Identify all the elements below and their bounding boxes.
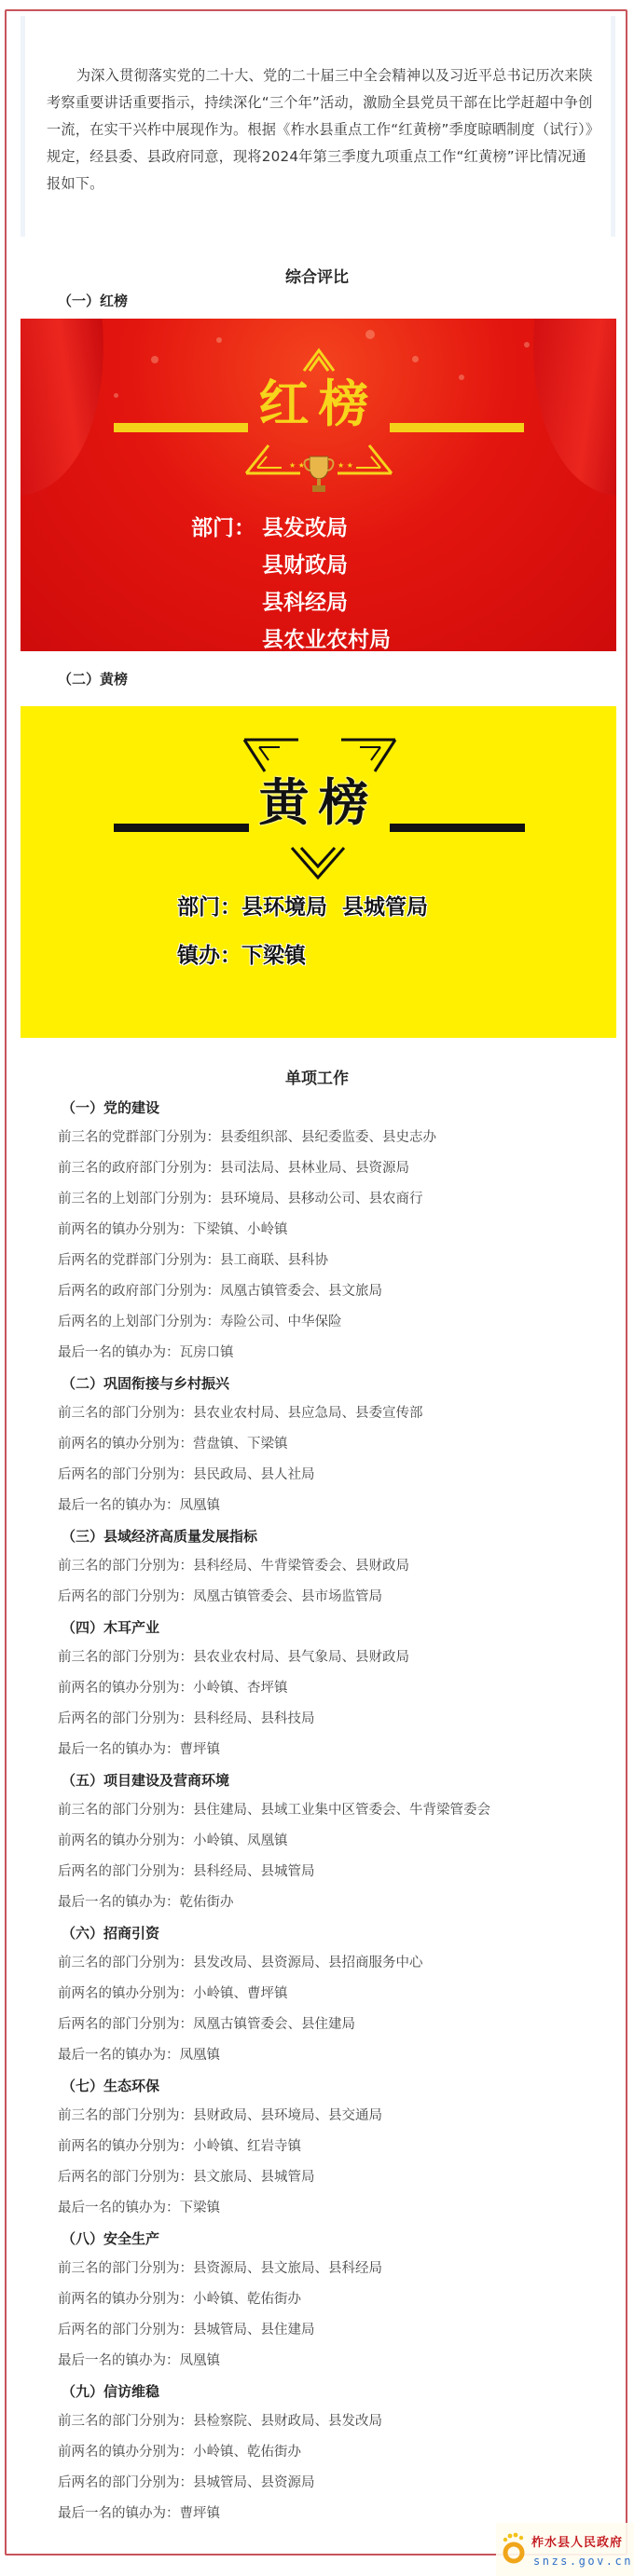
chevron-down-icon — [288, 846, 348, 879]
ranking-label: 前两名的镇办分别为： — [58, 1986, 193, 2001]
single-items-title: 单项工作 — [0, 1065, 634, 1088]
ranking-value: 凤凰镇 — [180, 1498, 221, 1513]
ranking-line: 后两名的部门分别为：凤凰古镇管委会、县市场监管局 — [58, 1582, 608, 1613]
ranking-value: 县工商联、县科协 — [220, 1253, 328, 1268]
ranking-label: 最后一名的镇办为： — [58, 1742, 180, 1757]
ranking-line: 最后一名的镇办为：曹坪镇 — [58, 1735, 608, 1765]
ranking-line: 最后一名的镇办为：凤凰镇 — [58, 2040, 608, 2071]
ranking-label: 后两名的政府部门分别为： — [58, 1284, 220, 1299]
ranking-value: 小岭镇、乾佑街办 — [193, 2445, 301, 2460]
red-dept-item: 县科经局 — [262, 584, 348, 621]
ranking-value: 县检察院、县财政局、县发改局 — [193, 2414, 382, 2429]
ranking-line: 前三名的部门分别为：县发改局、县资源局、县招商服务中心 — [58, 1948, 608, 1979]
ranking-value: 县文旅局、县城管局 — [193, 2170, 315, 2185]
ranking-line: 后两名的部门分别为：县科经局、县城管局 — [58, 1857, 608, 1888]
ranking-value: 小岭镇、凤凰镇 — [193, 1833, 288, 1848]
svg-text:★ ★: ★ ★ — [338, 461, 353, 470]
single-items-list: （一）党的建设前三名的党群部门分别为：县委组织部、县纪委监委、县史志办前三名的政… — [58, 1093, 608, 2529]
site-watermark: 柞水县人民政府 snzs.gov.cn — [496, 2523, 634, 2576]
ranking-line: 前两名的镇办分别为：营盘镇、下梁镇 — [58, 1429, 608, 1460]
ranking-label: 前三名的部门分别为： — [58, 2261, 193, 2276]
ranking-value: 营盘镇、下梁镇 — [193, 1437, 288, 1452]
ranking-label: 前三名的部门分别为： — [58, 2414, 193, 2429]
ranking-line: 前三名的部门分别为：县科经局、牛背梁管委会、县财政局 — [58, 1551, 608, 1582]
yellow-dept-items: 县环境局 县城管局 — [241, 895, 428, 920]
ranking-value: 县民政局、县人社局 — [193, 1467, 315, 1482]
ranking-value: 下梁镇 — [180, 2201, 221, 2215]
ranking-label: 前两名的镇办分别为： — [58, 2445, 193, 2460]
ranking-value: 县资源局、县文旅局、县科经局 — [193, 2261, 382, 2276]
ranking-value: 寿险公司、中华保险 — [220, 1315, 342, 1329]
ranking-value: 县发改局、县资源局、县招商服务中心 — [193, 1956, 423, 1970]
ranking-value: 小岭镇、乾佑街办 — [193, 2292, 301, 2307]
ranking-line: 最后一名的镇办为：下梁镇 — [58, 2193, 608, 2224]
ranking-label: 后两名的部门分别为： — [58, 1589, 193, 1604]
ranking-line: 前三名的上划部门分别为：县环境局、县移动公司、县农商行 — [58, 1184, 608, 1215]
single-item-heading: （六）招商引资 — [58, 1918, 608, 1948]
ranking-line: 前两名的镇办分别为：小岭镇、乾佑街办 — [58, 2437, 608, 2468]
ranking-value: 曹坪镇 — [180, 2506, 221, 2521]
yellow-list-banner: 黄榜 部门：县环境局 县城管局 镇办：下梁镇 — [21, 706, 616, 1038]
ranking-line: 前三名的部门分别为：县财政局、县环境局、县交通局 — [58, 2101, 608, 2132]
single-item-heading: （八）安全生产 — [58, 2224, 608, 2254]
ranking-label: 后两名的上划部门分别为： — [58, 1315, 220, 1329]
single-item-heading: （一）党的建设 — [58, 1093, 608, 1123]
red-list-entries: 部门：县发改局 县财政局 县科经局 县农业农村局 县教体局 镇办：小岭镇 营盘镇 — [191, 510, 406, 651]
ranking-line: 最后一名的镇办为：凤凰镇 — [58, 2346, 608, 2377]
ranking-value: 小岭镇、杏坪镇 — [193, 1681, 288, 1696]
ranking-value: 小岭镇、曹坪镇 — [193, 1986, 288, 2001]
ranking-line: 后两名的部门分别为：县科经局、县科技局 — [58, 1704, 608, 1735]
ranking-line: 最后一名的镇办为：瓦房口镇 — [58, 1338, 608, 1369]
ranking-label: 前两名的镇办分别为： — [58, 1222, 193, 1237]
ranking-value: 乾佑街办 — [180, 1895, 234, 1910]
ranking-label: 最后一名的镇办为： — [58, 2201, 180, 2215]
ranking-line: 后两名的部门分别为：县文旅局、县城管局 — [58, 2162, 608, 2193]
ranking-value: 县城管局、县资源局 — [193, 2475, 315, 2490]
ranking-line: 最后一名的镇办为：凤凰镇 — [58, 1491, 608, 1521]
ranking-value: 县委组织部、县纪委监委、县史志办 — [220, 1130, 436, 1145]
ranking-label: 前三名的部门分别为： — [58, 1956, 193, 1970]
ranking-label: 最后一名的镇办为： — [58, 1895, 180, 1910]
intro-paragraph: 为深入贯彻落实党的二十大、党的二十届三中全会精神以及习近平总书记历次来陕考察重要… — [47, 62, 599, 198]
ranking-label: 最后一名的镇办为： — [58, 1498, 180, 1513]
ranking-value: 县科经局、县科技局 — [193, 1711, 315, 1726]
red-dept-item: 县财政局 — [262, 547, 348, 584]
single-item-heading: （五）项目建设及营商环境 — [58, 1765, 608, 1795]
ranking-line: 前两名的镇办分别为：小岭镇、凤凰镇 — [58, 1826, 608, 1857]
yellow-list-subtitle: （二）黄榜 — [58, 669, 128, 688]
ranking-value: 县科经局、牛背梁管委会、县财政局 — [193, 1559, 409, 1574]
ranking-value: 县司法局、县林业局、县资源局 — [220, 1161, 409, 1176]
single-item-heading: （七）生态环保 — [58, 2071, 608, 2101]
yellow-list-banner-title: 黄榜 — [21, 773, 616, 833]
overall-title: 综合评比 — [0, 264, 634, 287]
ranking-label: 前三名的部门分别为： — [58, 1650, 193, 1665]
ranking-label: 最后一名的镇办为： — [58, 2048, 180, 2063]
ranking-label: 最后一名的镇办为： — [58, 2353, 180, 2368]
ranking-value: 县农业农村局、县应急局、县委宣传部 — [193, 1406, 423, 1421]
ranking-label: 后两名的部门分别为： — [58, 1864, 193, 1879]
single-item-heading: （二）巩固衔接与乡村振兴 — [58, 1369, 608, 1398]
ranking-label: 前两名的镇办分别为： — [58, 1437, 193, 1452]
watermark-site-name: 柞水县人民政府 — [531, 2532, 623, 2550]
ranking-label: 后两名的部门分别为： — [58, 2017, 193, 2032]
ranking-value: 凤凰镇 — [180, 2353, 221, 2368]
ranking-label: 前三名的部门分别为： — [58, 1406, 193, 1421]
ranking-line: 后两名的部门分别为：县城管局、县资源局 — [58, 2468, 608, 2499]
ranking-line: 最后一名的镇办为：乾佑街办 — [58, 1888, 608, 1918]
ranking-line: 前两名的镇办分别为：小岭镇、乾佑街办 — [58, 2284, 608, 2315]
yellow-list-entries: 部门：县环境局 县城管局 镇办：下梁镇 — [177, 883, 428, 980]
ranking-line: 后两名的部门分别为：县民政局、县人社局 — [58, 1460, 608, 1491]
ranking-line: 前两名的镇办分别为：小岭镇、杏坪镇 — [58, 1673, 608, 1704]
ranking-label: 前三名的部门分别为： — [58, 2108, 193, 2123]
yellow-town-items: 下梁镇 — [241, 944, 306, 968]
ranking-label: 前三名的部门分别为： — [58, 1559, 193, 1574]
ranking-label: 最后一名的镇办为： — [58, 2506, 180, 2521]
ranking-label: 后两名的部门分别为： — [58, 1711, 193, 1726]
paw-logo-icon — [502, 2532, 526, 2566]
ranking-label: 前两名的镇办分别为： — [58, 2139, 193, 2154]
ranking-value: 小岭镇、红岩寺镇 — [193, 2139, 301, 2154]
ranking-line: 前两名的镇办分别为：小岭镇、红岩寺镇 — [58, 2132, 608, 2162]
ranking-value: 县城管局、县住建局 — [193, 2323, 315, 2337]
red-list-banner: 红榜 ★ ★ ★ ★ 部门：县发改局 县财政局 县科经局 县农业农村局 县教体局… — [21, 319, 616, 651]
ranking-value: 瓦房口镇 — [180, 1345, 234, 1360]
red-list-subtitle: （一）红榜 — [58, 291, 128, 310]
ranking-label: 后两名的党群部门分别为： — [58, 1253, 220, 1268]
ranking-line: 后两名的部门分别为：县城管局、县住建局 — [58, 2315, 608, 2346]
ranking-label: 前两名的镇办分别为： — [58, 1833, 193, 1848]
ranking-line: 前三名的政府部门分别为：县司法局、县林业局、县资源局 — [58, 1153, 608, 1184]
ranking-value: 县农业农村局、县气象局、县财政局 — [193, 1650, 409, 1665]
ranking-value: 县环境局、县移动公司、县农商行 — [220, 1192, 423, 1206]
town-label: 镇办： — [177, 944, 241, 968]
ranking-line: 后两名的政府部门分别为：凤凰古镇管委会、县文旅局 — [58, 1276, 608, 1307]
ranking-label: 前三名的党群部门分别为： — [58, 1130, 220, 1145]
ranking-label: 前两名的镇办分别为： — [58, 2292, 193, 2307]
ranking-label: 最后一名的镇办为： — [58, 1345, 180, 1360]
red-dept-item: 县发改局 — [262, 510, 348, 547]
ranking-line: 前三名的党群部门分别为：县委组织部、县纪委监委、县史志办 — [58, 1123, 608, 1153]
ranking-line: 前三名的部门分别为：县住建局、县域工业集中区管委会、牛背梁管委会 — [58, 1795, 608, 1826]
ranking-line: 前两名的镇办分别为：小岭镇、曹坪镇 — [58, 1979, 608, 2010]
ranking-value: 凤凰古镇管委会、县住建局 — [193, 2017, 355, 2032]
dept-label: 部门： — [191, 510, 262, 547]
ranking-value: 凤凰古镇管委会、县市场监管局 — [193, 1589, 382, 1604]
ranking-label: 后两名的部门分别为： — [58, 2323, 193, 2337]
watermark-site-url: snzs.gov.cn — [533, 2555, 633, 2568]
ranking-line: 后两名的部门分别为：凤凰古镇管委会、县住建局 — [58, 2010, 608, 2040]
ranking-value: 凤凰镇 — [180, 2048, 221, 2063]
ranking-value: 下梁镇、小岭镇 — [193, 1222, 288, 1237]
red-dept-item: 县农业农村局 — [262, 621, 391, 651]
ranking-value: 凤凰古镇管委会、县文旅局 — [220, 1284, 382, 1299]
ranking-line: 前三名的部门分别为：县农业农村局、县应急局、县委宣传部 — [58, 1398, 608, 1429]
dept-label: 部门： — [177, 895, 241, 920]
intro-box: 为深入贯彻落实党的二十大、党的二十届三中全会精神以及习近平总书记历次来陕考察重要… — [21, 16, 615, 237]
ranking-line: 后两名的上划部门分别为：寿险公司、中华保险 — [58, 1307, 608, 1338]
ranking-label: 后两名的部门分别为： — [58, 2475, 193, 2490]
ranking-label: 后两名的部门分别为： — [58, 2170, 193, 2185]
ranking-line: 前三名的部门分别为：县检察院、县财政局、县发改局 — [58, 2406, 608, 2437]
ranking-value: 县科经局、县城管局 — [193, 1864, 315, 1879]
ranking-label: 后两名的部门分别为： — [58, 1467, 193, 1482]
ranking-line: 后两名的党群部门分别为：县工商联、县科协 — [58, 1246, 608, 1276]
ranking-line: 前三名的部门分别为：县农业农村局、县气象局、县财政局 — [58, 1642, 608, 1673]
ranking-line: 前三名的部门分别为：县资源局、县文旅局、县科经局 — [58, 2254, 608, 2284]
single-item-heading: （三）县域经济高质量发展指标 — [58, 1521, 608, 1551]
ranking-label: 前三名的政府部门分别为： — [58, 1161, 220, 1176]
ranking-value: 县住建局、县域工业集中区管委会、牛背梁管委会 — [193, 1803, 490, 1818]
ranking-value: 县财政局、县环境局、县交通局 — [193, 2108, 382, 2123]
ranking-line: 前两名的镇办分别为：下梁镇、小岭镇 — [58, 1215, 608, 1246]
chevron-down-frame-decoration — [242, 738, 397, 775]
ranking-label: 前两名的镇办分别为： — [58, 1681, 193, 1696]
single-item-heading: （四）木耳产业 — [58, 1613, 608, 1642]
ranking-label: 前三名的部门分别为： — [58, 1803, 193, 1818]
ranking-value: 曹坪镇 — [180, 1742, 221, 1757]
trophy-icon — [303, 454, 335, 495]
single-item-heading: （九）信访维稳 — [58, 2377, 608, 2406]
ranking-label: 前三名的上划部门分别为： — [58, 1192, 220, 1206]
red-list-banner-title: 红榜 — [21, 375, 616, 434]
chevron-up-icon — [300, 345, 338, 373]
